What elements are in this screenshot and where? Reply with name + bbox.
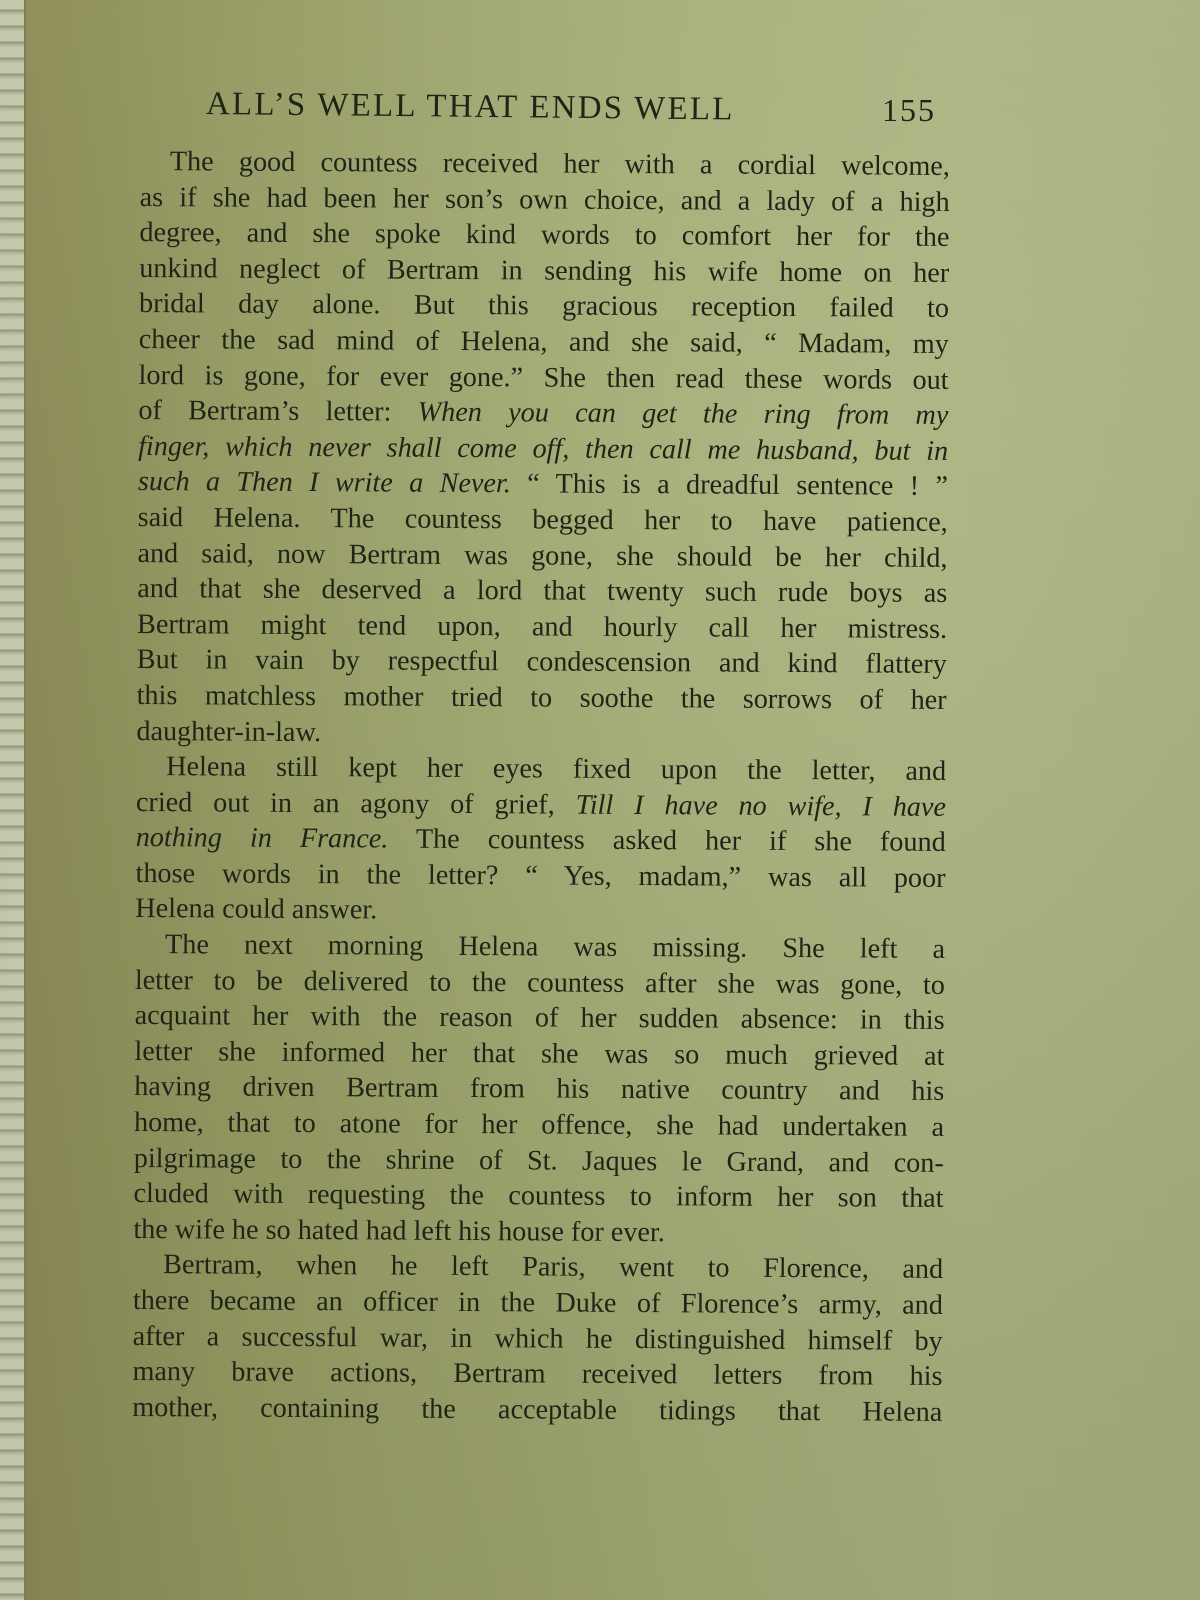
text-line: there became an officer in the Duke of F… bbox=[133, 1283, 943, 1324]
text-line: of Bertram’s letter: When you can get th… bbox=[138, 393, 948, 434]
text-line: Helena could answer. bbox=[135, 891, 945, 932]
text-line: finger, which never shall come off, then… bbox=[138, 429, 948, 470]
text-run: having driven Bertram from his native co… bbox=[134, 1071, 944, 1107]
text-run: The countess asked her if she found bbox=[388, 824, 946, 858]
text-line: The good countess received her with a co… bbox=[140, 144, 950, 185]
text-line: letter she informed her that she was so … bbox=[134, 1034, 944, 1075]
text-line: unkind neglect of Bertram in sending his… bbox=[139, 251, 949, 292]
text-run: and that she deserved a lord that twenty… bbox=[137, 573, 947, 609]
paragraph: Helena still kept her eyes fixed upon th… bbox=[135, 749, 946, 932]
italic-quote: When you can get the ring from my bbox=[418, 397, 949, 431]
text-run: acquaint her with the reason of her sudd… bbox=[135, 1000, 945, 1036]
text-run: of Bertram’s letter: bbox=[138, 395, 417, 428]
text-run: home, that to atone for her offence, she… bbox=[134, 1107, 944, 1143]
text-line: cluded with requesting the countess to i… bbox=[133, 1176, 943, 1217]
text-line: Bertram might tend upon, and hourly call… bbox=[137, 607, 947, 648]
paragraph: Bertram, when he left Paris, went to Flo… bbox=[132, 1247, 943, 1430]
text-line: those words in the letter? “ Yes, madam,… bbox=[135, 856, 945, 897]
text-run: The next morning Helena was missing. She… bbox=[165, 929, 945, 965]
text-run: degree, and she spoke kind words to comf… bbox=[139, 217, 949, 253]
text-run: many brave actions, Bertram received let… bbox=[132, 1356, 942, 1392]
text-line: But in vain by respectful condescension … bbox=[137, 642, 947, 683]
text-line: letter to be delivered to the countess a… bbox=[135, 963, 945, 1004]
text-run: after a successful war, in which he dist… bbox=[133, 1321, 943, 1357]
page-number: 155 bbox=[882, 92, 936, 129]
text-run: said Helena. The countess begged her to … bbox=[138, 502, 948, 538]
text-line: lord is gone, for ever gone.” She then r… bbox=[138, 358, 948, 399]
text-line: having driven Bertram from his native co… bbox=[134, 1069, 944, 1110]
text-line: degree, and she spoke kind words to comf… bbox=[139, 215, 949, 256]
paragraph: The next morning Helena was missing. She… bbox=[133, 927, 945, 1252]
text-run: cried out in an agony of grief, bbox=[136, 787, 576, 821]
text-run: mother, containing the acceptable tiding… bbox=[132, 1392, 942, 1428]
text-line: many brave actions, Bertram received let… bbox=[132, 1354, 942, 1395]
italic-quote: Till I have no wife, I have bbox=[576, 789, 946, 822]
text-run: Helena could answer. bbox=[135, 893, 377, 925]
text-line: acquaint her with the reason of her sudd… bbox=[135, 998, 945, 1039]
text-line: and said, now Bertram was gone, she shou… bbox=[137, 536, 947, 577]
text-run: lord is gone, for ever gone.” She then r… bbox=[138, 360, 948, 396]
text-line: nothing in France. The countess asked he… bbox=[136, 820, 946, 861]
text-line: as if she had been her son’s own choice,… bbox=[140, 180, 950, 221]
text-run: as if she had been her son’s own choice,… bbox=[140, 182, 950, 218]
text-run: there became an officer in the Duke of F… bbox=[133, 1285, 943, 1321]
text-run: unkind neglect of Bertram in sending his… bbox=[139, 253, 949, 289]
text-run: pilgrimage to the shrine of St. Jaques l… bbox=[134, 1143, 944, 1179]
running-head: ALL’S WELL THAT ENDS WELL 155 bbox=[206, 86, 966, 136]
text-run: Bertram, when he left Paris, went to Flo… bbox=[163, 1250, 943, 1286]
text-line: mother, containing the acceptable tiding… bbox=[132, 1390, 942, 1431]
text-line: the wife he so hated had left his house … bbox=[133, 1212, 943, 1253]
paragraph: The good countess received her with a co… bbox=[136, 144, 950, 754]
italic-quote: such a Then I write a Never. bbox=[138, 466, 511, 499]
text-run: The good countess received her with a co… bbox=[170, 146, 950, 182]
text-line: cried out in an agony of grief, Till I h… bbox=[136, 785, 946, 826]
text-line: such a Then I write a Never. “ This is a… bbox=[138, 464, 948, 505]
text-line: bridal day alone. But this gracious rece… bbox=[139, 286, 949, 327]
text-line: home, that to atone for her offence, she… bbox=[134, 1105, 944, 1146]
text-line: daughter-in-law. bbox=[136, 713, 946, 754]
text-run: But in vain by respectful condescension … bbox=[137, 644, 947, 680]
text-run: this matchless mother tried to soothe th… bbox=[137, 680, 947, 716]
body-text: The good countess received her with a co… bbox=[132, 144, 950, 1430]
text-run: Helena still kept her eyes fixed upon th… bbox=[166, 751, 946, 787]
text-line: after a successful war, in which he dist… bbox=[133, 1319, 943, 1360]
text-run: cheer the sad mind of Helena, and she sa… bbox=[139, 324, 949, 360]
text-run: cluded with requesting the countess to i… bbox=[133, 1178, 943, 1214]
running-head-title: ALL’S WELL THAT ENDS WELL bbox=[206, 86, 735, 129]
text-run: letter to be delivered to the countess a… bbox=[135, 965, 945, 1001]
italic-quote: nothing in France. bbox=[136, 822, 389, 855]
text-run: letter she informed her that she was so … bbox=[134, 1036, 944, 1072]
text-run: the wife he so hated had left his house … bbox=[133, 1214, 665, 1248]
text-run: and said, now Bertram was gone, she shou… bbox=[137, 538, 947, 574]
text-run: bridal day alone. But this gracious rece… bbox=[139, 288, 949, 324]
text-line: this matchless mother tried to soothe th… bbox=[137, 678, 947, 719]
text-run: Bertram might tend upon, and hourly call… bbox=[137, 609, 947, 645]
text-run: those words in the letter? “ Yes, madam,… bbox=[135, 858, 945, 894]
italic-quote: finger, which never shall come off, then… bbox=[138, 431, 948, 467]
text-line: cheer the sad mind of Helena, and she sa… bbox=[139, 322, 949, 363]
text-line: The next morning Helena was missing. She… bbox=[135, 927, 945, 968]
text-run: “ This is a dreadful sentence ! ” bbox=[511, 469, 948, 503]
facing-page-edges bbox=[0, 0, 26, 1600]
text-line: said Helena. The countess begged her to … bbox=[138, 500, 948, 541]
text-line: Bertram, when he left Paris, went to Flo… bbox=[133, 1247, 943, 1288]
text-line: pilgrimage to the shrine of St. Jaques l… bbox=[134, 1141, 944, 1182]
text-run: daughter-in-law. bbox=[136, 715, 321, 747]
text-line: and that she deserved a lord that twenty… bbox=[137, 571, 947, 612]
text-line: Helena still kept her eyes fixed upon th… bbox=[136, 749, 946, 790]
